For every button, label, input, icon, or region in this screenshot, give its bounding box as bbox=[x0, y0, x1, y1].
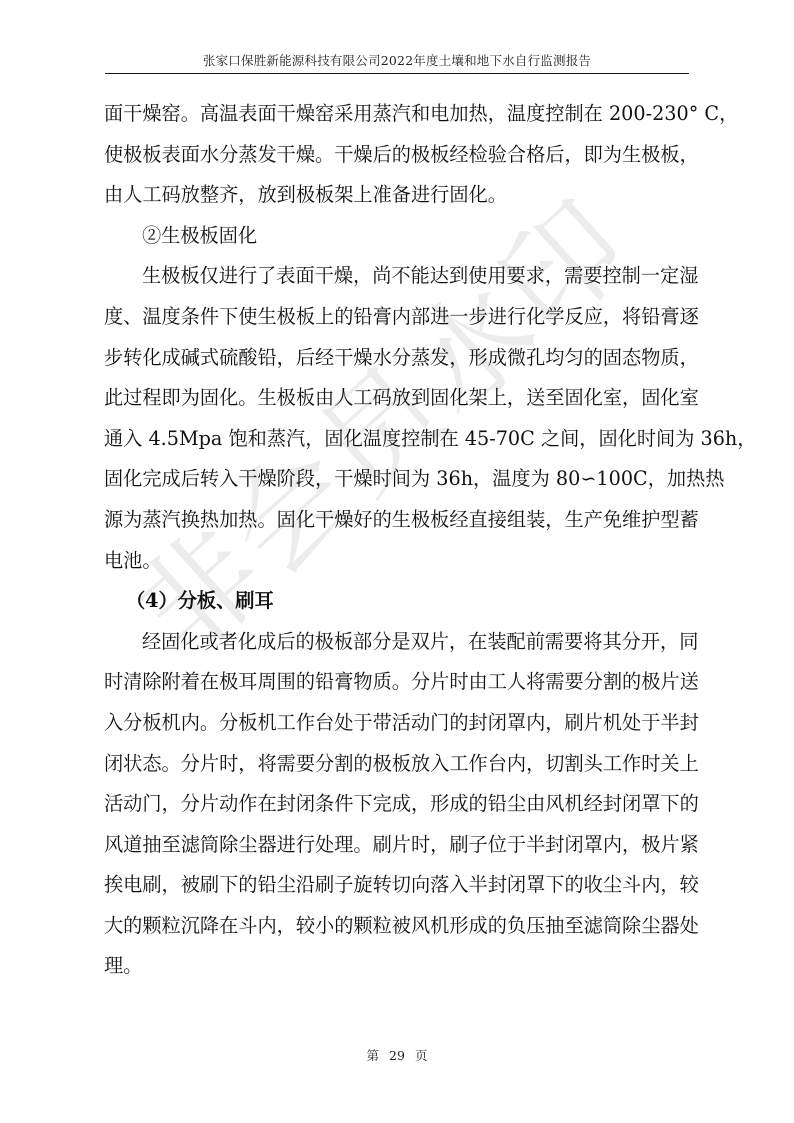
text-line: 生极板仅进行了表面干燥，尚不能达到使用要求，需要控制一定湿 bbox=[104, 256, 690, 297]
text-line: 通入 4.5Mpa 饱和蒸汽，固化温度控制在 45-70C 之间，固化时间为 3… bbox=[104, 419, 690, 460]
text-line: 风道抽至滤筒除尘器进行处理。刷片时，刷子位于半封闭罩内，极片紧 bbox=[104, 825, 690, 866]
text-line: 大的颗粒沉降在斗内，较小的颗粒被风机形成的负压抽至滤筒除尘器处 bbox=[104, 906, 690, 947]
text-line: 源为蒸汽换热加热。固化干燥好的生极板经直接组装，生产免维护型蓄 bbox=[104, 500, 690, 541]
page-number-prefix: 第 bbox=[367, 1048, 380, 1063]
text-line: 活动门，分片动作在封闭条件下完成，形成的铅尘由风机经封闭罩下的 bbox=[104, 784, 690, 825]
page-number: 29 bbox=[389, 1048, 405, 1063]
text-line: 面干燥窑。高温表面干燥窑采用蒸汽和电加热，温度控制在 200-230° C， bbox=[104, 94, 690, 135]
text-line: 由人工码放整齐，放到极板架上准备进行固化。 bbox=[104, 175, 690, 216]
page-header: 张家口保胜新能源科技有限公司2022年度土壤和地下水自行监测报告 bbox=[105, 52, 689, 70]
text-line: 时清除附着在极耳周围的铅膏物质。分片时由工人将需要分割的极片送 bbox=[104, 662, 690, 703]
paragraph-continuation: 面干燥窑。高温表面干燥窑采用蒸汽和电加热，温度控制在 200-230° C， 使… bbox=[104, 94, 690, 216]
paragraph-separation: 经固化或者化成后的极板部分是双片，在装配前需要将其分开，同 时清除附着在极耳周围… bbox=[104, 622, 690, 987]
section-heading-plate-separation: （4）分板、刷耳 bbox=[104, 581, 690, 622]
text-line: 电池。 bbox=[104, 541, 690, 582]
text-line: 闭状态。分片时，将需要分割的极板放入工作台内，切割头工作时关上 bbox=[104, 744, 690, 785]
text-line: 此过程即为固化。生极板由人工码放到固化架上，送至固化室，固化室 bbox=[104, 378, 690, 419]
page-number-suffix: 页 bbox=[415, 1048, 428, 1063]
document-body: 面干燥窑。高温表面干燥窑采用蒸汽和电加热，温度控制在 200-230° C， 使… bbox=[104, 94, 690, 987]
text-line: 度、温度条件下使生极板上的铅膏内部进一步进行化学反应，将铅膏逐 bbox=[104, 297, 690, 338]
text-line: 经固化或者化成后的极板部分是双片，在装配前需要将其分开，同 bbox=[104, 622, 690, 663]
text-line: 固化完成后转入干燥阶段，干燥时间为 36h，温度为 80∽100C，加热热 bbox=[104, 459, 690, 500]
text-line: 步转化成碱式硫酸铅，后经干燥水分蒸发，形成微孔均匀的固态物质， bbox=[104, 338, 690, 379]
subheading-green-plate-curing: ②生极板固化 bbox=[104, 216, 690, 257]
text-line: 挨电刷，被刷下的铅尘沿刷子旋转切向落入半封闭罩下的收尘斗内，较 bbox=[104, 865, 690, 906]
paragraph-curing: 生极板仅进行了表面干燥，尚不能达到使用要求，需要控制一定湿 度、温度条件下使生极… bbox=[104, 256, 690, 581]
text-line: 使极板表面水分蒸发干燥。干燥后的极板经检验合格后，即为生极板， bbox=[104, 135, 690, 176]
text-line: 理。 bbox=[104, 946, 690, 987]
header-divider bbox=[105, 73, 689, 74]
text-line: 入分板机内。分板机工作台处于带活动门的封闭罩内，刷片机处于半封 bbox=[104, 703, 690, 744]
page-footer: 第 29 页 bbox=[0, 1046, 794, 1064]
